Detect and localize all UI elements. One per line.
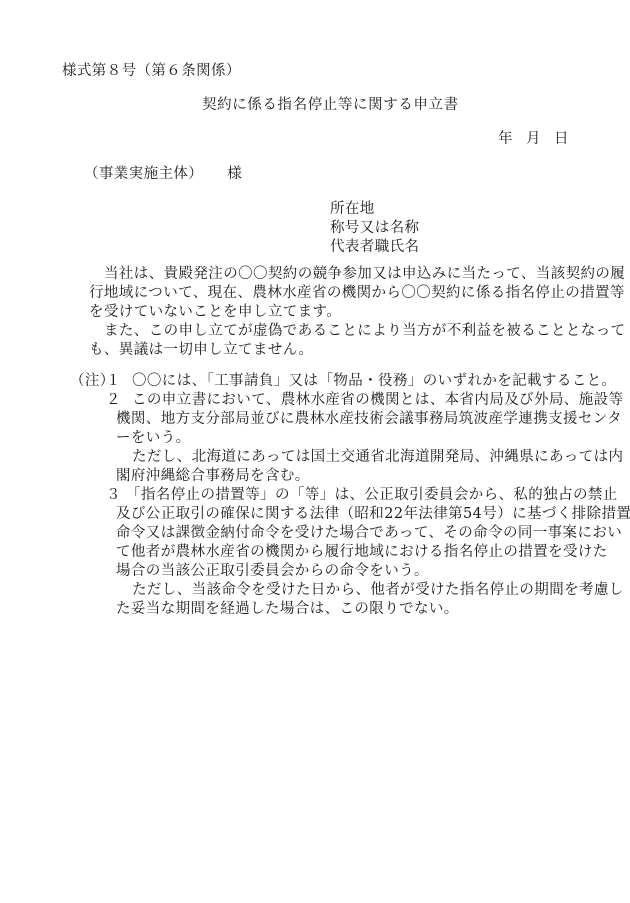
note-text: 及び公正取引の確保に関する法律（昭和22年法律第54号）に基づく排除措置 — [70, 505, 580, 524]
note-text: た妥当な期間を経過した場合は、この限りでない。 — [70, 600, 580, 619]
note-number: ２ — [106, 391, 121, 410]
date-day-label: 日 — [554, 130, 569, 149]
note-number: １ — [106, 372, 121, 391]
note-number: ３ — [106, 486, 121, 505]
note-text: 命令又は課徴金納付命令を受けた場合であって、その命令の同一事案におい — [70, 524, 580, 543]
date-row: 年月日 — [498, 130, 569, 149]
note-text: この申立書において、農林水産省の機関とは、本省内局及び外局、施設等 — [132, 391, 623, 410]
note-text: 〇〇には、「工事請負」又は「物品・役務」のいずれかを記載すること。 — [132, 372, 616, 391]
note-text: 機関、地方支分部局並びに農林水産技術会議事務局筑波産学連携支援センタ — [70, 410, 580, 429]
addressee-honorific: 様 — [227, 166, 242, 182]
field-representative-label: 代表者職氏名 — [330, 238, 419, 257]
addressee-name: （事業実施主体） — [84, 166, 203, 182]
note-item-2: ２ この申立書において、農林水産省の機関とは、本省内局及び外局、施設等 — [70, 391, 580, 410]
notes-section: （注） １ 〇〇には、「工事請負」又は「物品・役務」のいずれかを記載すること。 … — [70, 372, 580, 619]
body-line: 当社は、貴殿発注の〇〇契約の競争参加又は申込みに当たって、当該契約の履 — [89, 265, 569, 284]
note-text: 場合の当該公正取引委員会からの命令をいう。 — [70, 562, 580, 581]
field-address-label: 所在地 — [330, 200, 419, 219]
body-line: を受けていないことを申し立てます。 — [89, 303, 569, 322]
note-text: 「指名停止の措置等」の「等」は、公正取引委員会から、私的独占の禁止 — [126, 486, 618, 505]
document-title: 契約に係る指名停止等に関する申立書 — [202, 96, 459, 115]
note-item-1: （注） １ 〇〇には、「工事請負」又は「物品・役務」のいずれかを記載すること。 — [70, 372, 580, 391]
date-year-label: 年 — [498, 130, 526, 149]
field-company-name-label: 称号又は名称 — [330, 219, 419, 238]
date-month-label: 月 — [526, 130, 554, 149]
note-text: ただし、北海道にあっては国土交通省北海道開発局、沖縄県にあっては内 — [70, 448, 580, 467]
note-text: ーをいう。 — [70, 429, 580, 448]
note-text: ただし、当該命令を受けた日から、他者が受けた指名停止の期間を考慮し — [70, 581, 580, 600]
note-text: て他者が農林水産省の機関から履行地域における指名停止の措置を受けた — [70, 543, 580, 562]
declaration-body: 当社は、貴殿発注の〇〇契約の競争参加又は申込みに当たって、当該契約の履 行地域に… — [89, 265, 569, 360]
note-item-3: ３ 「指名停止の措置等」の「等」は、公正取引委員会から、私的独占の禁止 — [70, 486, 580, 505]
note-text: 閣府沖縄総合事務局を含む。 — [70, 467, 580, 486]
form-number: 様式第８号（第６条関係） — [62, 62, 241, 81]
body-line: も、異議は一切申し立てません。 — [89, 341, 569, 360]
addressee: （事業実施主体）様 — [84, 165, 242, 184]
body-line: また、この申し立てが虚偽であることにより当方が不利益を被ることとなって — [89, 322, 569, 341]
body-line: 行地域について、現在、農林水産省の機関から〇〇契約に係る指名停止の措置等 — [89, 284, 569, 303]
applicant-fields: 所在地 称号又は名称 代表者職氏名 — [330, 200, 419, 257]
